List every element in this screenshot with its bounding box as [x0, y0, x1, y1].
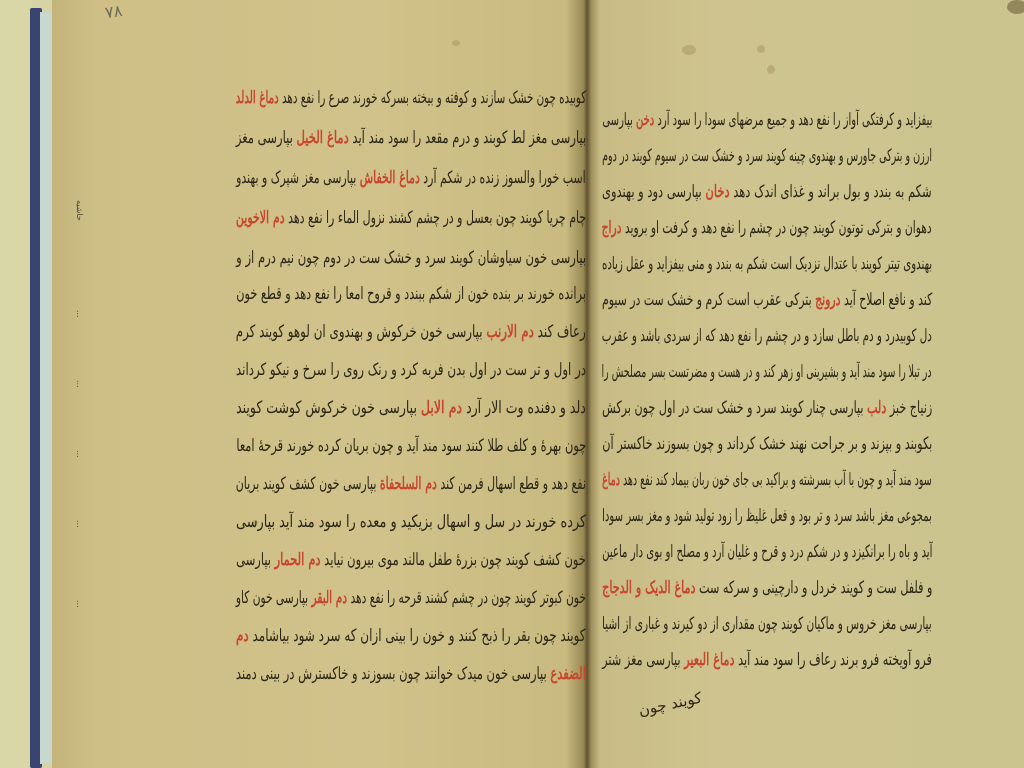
- text-line: دل کوبیدرد و دم باطل سازد و در چشم را نف…: [602, 326, 932, 346]
- paper-stain: [452, 40, 460, 46]
- rubric-heading: دم الاخوین: [236, 208, 285, 228]
- text-line: بمجوعی مغز باشد سرد و تر بود و فعل غلیظ …: [602, 506, 932, 526]
- margin-note: حاشیه: [62, 200, 84, 221]
- rubric-heading: دم السلحفاة: [380, 474, 437, 494]
- text-line: چام چریا کویند چون بعسل و در چشم کشند نز…: [236, 208, 586, 228]
- rubric-heading: دم البقر: [312, 588, 348, 608]
- margin-note: ...: [62, 310, 84, 318]
- text-line: برانده خورند بر بنده خون از شکم ببندد و …: [236, 284, 586, 304]
- text-line: ارزن و بترکی جاورس و بهندوی چینه کویند س…: [602, 146, 932, 166]
- rubric-heading: دماغ البعیر: [684, 650, 734, 670]
- rubric-heading: دلب: [867, 398, 886, 418]
- margin-note: ...: [62, 380, 84, 388]
- text-line: بیفزاید و کرفتکی آواز را نفع دهد و جمیع …: [602, 110, 932, 130]
- text-line: دهوان و بترکی توتون کویند چون در چشم را …: [602, 218, 932, 238]
- margin-notes: حاشیه ... ... ... ... ...: [62, 160, 84, 640]
- text-line: رعاف کند دم الارنب بپارسی خون خرکوش و به…: [236, 322, 586, 342]
- text-line: دلد و دفنده وت الار آرد دم الابل بپارسی …: [236, 398, 586, 418]
- text-line: کرده خورند در سل و اسهال بزیکید و معده ر…: [236, 512, 586, 532]
- rubric-heading: دم الارنب: [487, 322, 535, 342]
- rubric-heading: دراج: [602, 218, 622, 238]
- text-line: الضفدع بپارسی خون میدک خوانند چون بسوزند…: [236, 664, 586, 684]
- text-line: کوبیده چون خشک سازند و کوفته و بیخته بسر…: [236, 88, 586, 108]
- rubric-heading: دم الحمار: [275, 550, 321, 570]
- text-line: فرو آویخته فرو برند رعاف را سود مند آید …: [602, 650, 932, 670]
- paper-stain: [767, 65, 775, 74]
- text-line: کند و نافع اصلاح آید درونج بترکی عقرب اس…: [602, 290, 932, 310]
- text-line: سود مند آید و چون با آب بسرشته و براکید …: [602, 470, 932, 490]
- folio-number: ۷۸: [104, 1, 124, 22]
- margin-note: ...: [62, 600, 84, 608]
- text-line: شکم به بندد و بول براند و غذای اندک دهد …: [602, 182, 932, 202]
- rubric-heading: الضفدع: [551, 664, 586, 684]
- text-line: بهندوی تیتر کویند با عتدال نزدیک است شکم…: [602, 254, 932, 274]
- margin-note: ...: [62, 450, 84, 458]
- text-line: بپارسی مغز خروس و ماکیان کویند چون مقدار…: [602, 614, 932, 634]
- rubric-heading: دم: [236, 626, 249, 646]
- rubric-heading: دماغ: [602, 470, 620, 490]
- text-line: کویند چون بقر را ذبح کنند و خون را بینی …: [236, 626, 586, 646]
- margin-note: ...: [62, 520, 84, 528]
- text-line: خون کشف کویند چون بزرهٔ طفل مالند موی بی…: [236, 550, 586, 570]
- text-line: چون بهرهٔ و کلف طلا کنند سود مند آید و چ…: [236, 436, 586, 456]
- text-line: خون کبوتر کویند چون در چشم کشند قرحه را …: [236, 588, 586, 608]
- rubric-heading: دم الابل: [421, 398, 462, 418]
- text-line: زنیاج خبز دلب بپارسی چنار کویند سرد و خش…: [602, 398, 932, 418]
- rubric-heading: دخن: [636, 110, 654, 130]
- rubric-heading: دماغ الخیل: [296, 128, 348, 148]
- text-line: در تبلا را سود مند آید و بشیرینی او زهر …: [602, 362, 932, 382]
- left-page-text: کوبیده چون خشک سازند و کوفته و بیخته بسر…: [236, 88, 586, 708]
- text-line: نفع دهد و قطع اسهال فرمن کند دم السلحفاة…: [236, 474, 586, 494]
- rubric-heading: درونج: [815, 290, 840, 310]
- text-line: در اول و تر ست در اول بدن فربه کرد و رنک…: [236, 360, 586, 380]
- paper-stain: [757, 45, 765, 53]
- text-line: و فلفل ست و کویند خردل و دارچینی و سرکه …: [602, 578, 932, 598]
- paper-stain: [682, 45, 696, 55]
- text-line: بپارسی مغز لط کوبند و درم مقعد را سود من…: [236, 128, 586, 148]
- right-page-text: بیفزاید و کرفتکی آواز را نفع دهد و جمیع …: [602, 110, 932, 730]
- text-line: بکوبند و بپزند و بر جراحت نهند خشک کردان…: [602, 434, 932, 454]
- text-line: آید و باه را برانکیزد و در شکم درد و قرح…: [602, 542, 932, 562]
- rubric-heading: دماغ الخفاش: [360, 168, 420, 188]
- background-surface: [0, 0, 32, 768]
- rubric-heading: دماغ الدلد: [236, 88, 279, 108]
- page-corner-damage: [1007, 0, 1024, 14]
- catchword: کویند چون: [637, 689, 704, 720]
- rubric-heading: دماغ الدیک و الدجاج: [602, 578, 695, 598]
- text-line: بپارسی خون سیاوشان کویند سرد و خشک ست در…: [236, 248, 586, 268]
- rubric-heading: دخان: [706, 182, 730, 202]
- text-line: اسب خورا والسوز زنده در شکم آرد دماغ الخ…: [236, 168, 586, 188]
